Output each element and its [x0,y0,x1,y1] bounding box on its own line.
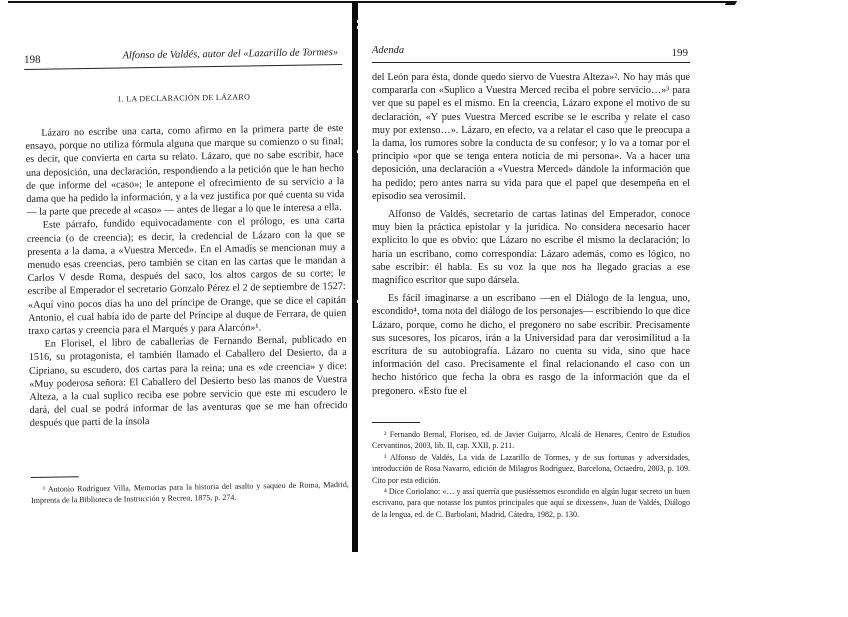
running-head: Adenda 199 [372,45,690,61]
scan-top-edge-tip [725,1,737,5]
running-title: Alfonso de Valdés, autor del «Lazarillo … [123,47,339,61]
paragraph: del León para ésta, donde quedo siervo d… [372,71,690,203]
right-page: Adenda 199 del León para ésta, donde que… [372,45,690,520]
paragraph: Lázaro no escribe una carta, como afirmo… [25,122,344,219]
paragraph: Alfonso de Valdés, secretario de cartas … [372,208,690,287]
body-text: Lázaro no escribe una carta, como afirmo… [25,122,348,431]
page-number: 199 [672,47,689,59]
running-title: Adenda [372,45,404,56]
section-title: 1. LA DECLARACIÓN DE LÁZARO [25,91,343,105]
footnotes: ¹ Antonio Rodríguez Villa, Memorias para… [31,472,349,507]
footnote-rule [31,476,79,478]
body-text: del León para ésta, donde quedo siervo d… [372,71,690,398]
spine-speck [357,300,359,303]
spine-speck [357,20,359,23]
footnote: ² Fernando Bernal, Floriseo, ed. de Javi… [372,429,690,452]
paragraph: Es fácil imaginarse a un escribano —en e… [372,292,690,398]
footnotes: ² Fernando Bernal, Floriseo, ed. de Javi… [372,422,690,520]
paragraph: Este párrafo, fundido equivocadamente co… [27,214,347,338]
scan-top-edge [8,1,736,3]
page-number: 198 [24,54,41,66]
footnote-rule [372,422,420,423]
spine-speck [357,26,359,29]
paragraph: En Florisel, el libro de caballerías de … [28,333,347,430]
left-page: 198 Alfonso de Valdés, autor del «Lazari… [24,47,349,506]
footnote: ¹ Antonio Rodríguez Villa, Memorias para… [31,479,349,507]
header-rule [372,62,690,63]
spine-speck [357,150,359,153]
footnote: ³ Alfonso de Valdés, La vida de Lazarill… [372,452,690,486]
footnote: ⁴ Dice Coriolano: «… y assí querría que … [372,486,690,520]
book-spine-gutter [352,2,358,552]
